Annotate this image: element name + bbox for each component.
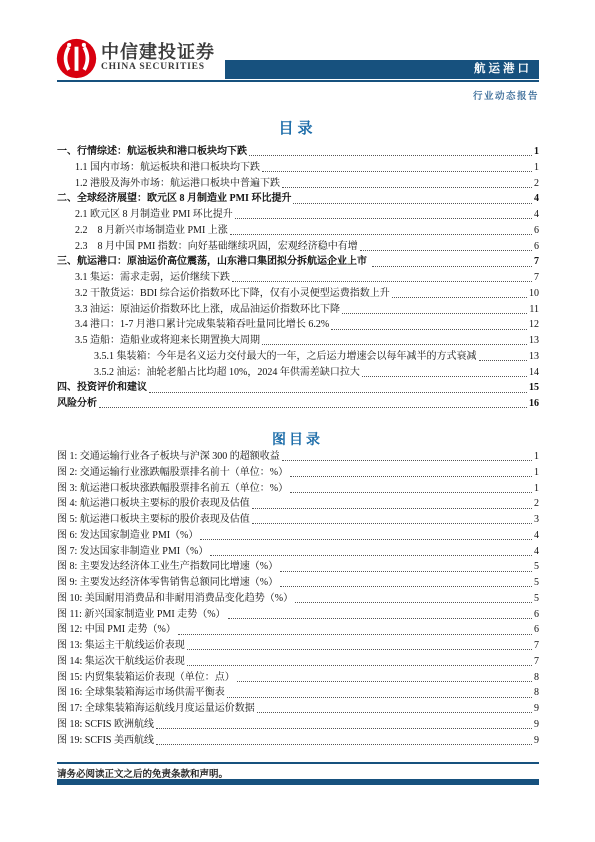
toc-entry: 3.2 干散货运：BDI 综合运价指数环比下降，仅有小灵便型运费指数上升10 xyxy=(57,286,539,302)
leader-dots xyxy=(342,313,527,314)
citic-logo-icon xyxy=(56,38,97,79)
page-number: 16 xyxy=(529,396,539,412)
disclaimer-text: 请务必阅读正文之后的免责条款和声明。 xyxy=(57,766,539,780)
entry-label: 图 10: 美国耐用消费品和非耐用消费品变化趋势（%） xyxy=(57,591,293,607)
entry-label: 图 15: 内贸集装箱运价表现（单位：点） xyxy=(57,670,235,686)
brand-name-cn: 中信建投证券 xyxy=(101,42,215,62)
figure-entry: 图 15: 内贸集装箱运价表现（单位：点）8 xyxy=(57,670,539,686)
entry-label: 1.2 港股及海外市场：航运港口板块中普遍下跌 xyxy=(75,176,280,192)
leader-dots xyxy=(262,171,532,172)
leader-dots xyxy=(280,571,532,572)
page-number: 1 xyxy=(534,144,539,160)
entry-label: 3.5.2 油运：油轮老船占比均超 10%，2024 年供需差缺口拉大 xyxy=(94,365,360,381)
leader-dots xyxy=(237,681,532,682)
entry-label: 图 18: SCFIS 欧洲航线 xyxy=(57,717,154,733)
leader-dots xyxy=(187,665,532,666)
entry-label: 图 14: 集运次干航线运价表现 xyxy=(57,654,185,670)
leader-dots xyxy=(282,187,532,188)
figure-entry: 图 2: 交通运输行业涨跌幅股票排名前十（单位：%）1 xyxy=(57,465,539,481)
page-number: 11 xyxy=(529,302,539,318)
page-number: 7 xyxy=(534,638,539,654)
leader-dots xyxy=(252,508,532,509)
leader-dots xyxy=(331,329,527,330)
leader-dots xyxy=(360,250,532,251)
leader-dots xyxy=(149,392,527,393)
page-number: 5 xyxy=(534,575,539,591)
figure-entry: 图 17: 全球集装箱海运航线月度运量运价数据9 xyxy=(57,701,539,717)
leader-dots xyxy=(187,649,532,650)
entry-label: 图 13: 集运主干航线运价表现 xyxy=(57,638,185,654)
toc-entry: 二、全球经济展望：欧元区 8 月制造业 PMI 环比提升4 xyxy=(57,191,539,207)
footer-accent-bar xyxy=(57,779,539,785)
toc-entry: 3.4 港口：1-7 月港口累计完成集装箱吞吐量同比增长 6.2%12 xyxy=(57,317,539,333)
leader-dots xyxy=(479,360,528,361)
leader-dots xyxy=(290,492,532,493)
figure-entry: 图 16: 全球集装箱海运市场供需平衡表8 xyxy=(57,685,539,701)
page-number: 5 xyxy=(534,591,539,607)
toc-entry: 三、航运港口：原油运价高位震荡，山东港口集团拟分拆航运企业上市 7 xyxy=(57,254,539,270)
figure-entry: 图 10: 美国耐用消费品和非耐用消费品变化趋势（%）5 xyxy=(57,591,539,607)
page-number: 9 xyxy=(534,733,539,749)
leader-dots xyxy=(232,281,532,282)
toc-entry: 3.5.2 油运：油轮老船占比均超 10%，2024 年供需差缺口拉大14 xyxy=(57,365,539,381)
footer-divider xyxy=(57,762,539,764)
leader-dots xyxy=(235,218,532,219)
entry-label: 图 17: 全球集装箱海运航线月度运量运价数据 xyxy=(57,701,255,717)
page-number: 8 xyxy=(534,685,539,701)
leader-dots xyxy=(156,744,532,745)
figure-entry: 图 7: 发达国家非制造业 PMI（%）4 xyxy=(57,544,539,560)
page-number: 7 xyxy=(534,254,539,270)
figure-entry: 图 14: 集运次干航线运价表现7 xyxy=(57,654,539,670)
entry-label: 图 9: 主要发达经济体零售销售总额同比增速（%） xyxy=(57,575,278,591)
leader-dots xyxy=(362,376,527,377)
toc-entry: 3.5.1 集装箱：今年是名义运力交付最大的一年，之后运力增速会以每年减半的方式… xyxy=(57,349,539,365)
figure-entry: 图 8: 主要发达经济体工业生产指数同比增速（%）5 xyxy=(57,559,539,575)
entry-label: 3.2 干散货运：BDI 综合运价指数环比下降，仅有小灵便型运费指数上升 xyxy=(75,286,390,302)
page-number: 13 xyxy=(529,333,539,349)
toc-entry: 3.1 集运：需求走弱，运价继续下跌7 xyxy=(57,270,539,286)
toc-entry: 一、行情综述：航运板块和港口板块均下跌1 xyxy=(57,144,539,160)
page-number: 9 xyxy=(534,717,539,733)
page-number: 14 xyxy=(529,365,539,381)
leader-dots xyxy=(230,234,532,235)
page-number: 12 xyxy=(529,317,539,333)
page-number: 7 xyxy=(534,270,539,286)
entry-label: 图 12: 中国 PMI 走势（%） xyxy=(57,622,176,638)
entry-label: 图 6: 发达国家制造业 PMI（%） xyxy=(57,528,198,544)
toc-entry: 1.1 国内市场：航运板块和港口板块均下跌1 xyxy=(57,160,539,176)
report-page: 中信建投证券 CHINA SECURITIES 航运港口 行业动态报告 目录 一… xyxy=(0,0,595,842)
entry-label: 图 3: 航运港口板块涨跌幅股票排名前五（单位：%） xyxy=(57,481,288,497)
entry-label: 图 16: 全球集装箱海运市场供需平衡表 xyxy=(57,685,225,701)
toc-entry: 1.2 港股及海外市场：航运港口板块中普遍下跌2 xyxy=(57,176,539,192)
entry-label: 2.1 欧元区 8 月制造业 PMI 环比提升 xyxy=(75,207,233,223)
toc-entry: 3.3 油运：原油运价指数环比上涨，成品油运价指数环比下降11 xyxy=(57,302,539,318)
page-number: 4 xyxy=(534,544,539,560)
entry-label: 一、行情综述：航运板块和港口板块均下跌 xyxy=(57,144,247,160)
entry-label: 2.3 8 月中国 PMI 指数：向好基础继续巩固，宏观经济稳中有增 xyxy=(75,239,358,255)
page-number: 6 xyxy=(534,223,539,239)
page-number: 4 xyxy=(534,191,539,207)
leader-dots xyxy=(290,476,532,477)
brand-name-en: CHINA SECURITIES xyxy=(101,62,215,73)
leader-dots xyxy=(249,155,532,156)
entry-label: 3.5 造船：造船业或将迎来长期置换大周期 xyxy=(75,333,260,349)
brand-block: 中信建投证券 CHINA SECURITIES xyxy=(101,42,215,73)
leader-dots xyxy=(200,539,532,540)
leader-dots xyxy=(282,460,532,461)
page-number: 3 xyxy=(534,512,539,528)
leader-dots xyxy=(280,586,532,587)
figure-toc-list: 图 1: 交通运输行业各子板块与沪深 300 的超额收益1图 2: 交通运输行业… xyxy=(57,449,539,748)
page-number: 2 xyxy=(534,496,539,512)
entry-label: 2.2 8 月新兴市场制造业 PMI 上涨 xyxy=(75,223,228,239)
page-number: 2 xyxy=(534,176,539,192)
page-number: 7 xyxy=(534,654,539,670)
page-number: 5 xyxy=(534,559,539,575)
page-number: 6 xyxy=(534,239,539,255)
page-number: 6 xyxy=(534,622,539,638)
entry-label: 3.1 集运：需求走弱，运价继续下跌 xyxy=(75,270,230,286)
entry-label: 图 4: 航运港口板块主要标的股价表现及估值 xyxy=(57,496,250,512)
entry-label: 3.3 油运：原油运价指数环比上涨，成品油运价指数环比下降 xyxy=(75,302,340,318)
entry-label: 3.5.1 集装箱：今年是名义运力交付最大的一年，之后运力增速会以每年减半的方式… xyxy=(94,349,477,365)
header-divider xyxy=(57,80,539,82)
page-number: 8 xyxy=(534,670,539,686)
entry-label: 图 7: 发达国家非制造业 PMI（%） xyxy=(57,544,208,560)
entry-label: 图 2: 交通运输行业涨跌幅股票排名前十（单位：%） xyxy=(57,465,288,481)
entry-label: 1.1 国内市场：航运板块和港口板块均下跌 xyxy=(75,160,260,176)
report-type-label: 行业动态报告 xyxy=(57,88,539,102)
entry-label: 图 1: 交通运输行业各子板块与沪深 300 的超额收益 xyxy=(57,449,280,465)
toc-entry: 四、投资评价和建议15 xyxy=(57,380,539,396)
leader-dots xyxy=(252,523,532,524)
figure-entry: 图 9: 主要发达经济体零售销售总额同比增速（%）5 xyxy=(57,575,539,591)
page-number: 9 xyxy=(534,701,539,717)
entry-label: 四、投资评价和建议 xyxy=(57,380,147,396)
entry-label: 图 11: 新兴国家制造业 PMI 走势（%） xyxy=(57,607,226,623)
toc-entry: 风险分析16 xyxy=(57,396,539,412)
leader-dots xyxy=(372,266,533,267)
leader-dots xyxy=(257,712,532,713)
leader-dots xyxy=(178,634,532,635)
page-number: 6 xyxy=(534,607,539,623)
leader-dots xyxy=(295,602,532,603)
leader-dots xyxy=(210,555,532,556)
page-number: 10 xyxy=(529,286,539,302)
leader-dots xyxy=(293,203,532,204)
page-number: 1 xyxy=(534,449,539,465)
entry-label: 二、全球经济展望：欧元区 8 月制造业 PMI 环比提升 xyxy=(57,191,291,207)
page-number: 15 xyxy=(529,380,539,396)
leader-dots xyxy=(262,344,527,345)
figure-toc-title: 图目录 xyxy=(0,429,595,449)
figure-entry: 图 19: SCFIS 美西航线9 xyxy=(57,733,539,749)
figure-entry: 图 6: 发达国家制造业 PMI（%）4 xyxy=(57,528,539,544)
figure-entry: 图 5: 航运港口板块主要标的股价表现及估值3 xyxy=(57,512,539,528)
leader-dots xyxy=(227,697,532,698)
page-number: 13 xyxy=(529,349,539,365)
toc-entry: 2.3 8 月中国 PMI 指数：向好基础继续巩固，宏观经济稳中有增6 xyxy=(57,239,539,255)
leader-dots xyxy=(99,407,527,408)
toc-entry: 2.1 欧元区 8 月制造业 PMI 环比提升4 xyxy=(57,207,539,223)
entry-label: 图 5: 航运港口板块主要标的股价表现及估值 xyxy=(57,512,250,528)
page-number: 4 xyxy=(534,207,539,223)
leader-dots xyxy=(156,728,532,729)
entry-label: 三、航运港口：原油运价高位震荡，山东港口集团拟分拆航运企业上市 xyxy=(57,254,370,270)
page-number: 1 xyxy=(534,481,539,497)
toc-entry: 3.5 造船：造船业或将迎来长期置换大周期13 xyxy=(57,333,539,349)
figure-entry: 图 13: 集运主干航线运价表现7 xyxy=(57,638,539,654)
page-number: 1 xyxy=(534,160,539,176)
entry-label: 风险分析 xyxy=(57,396,97,412)
figure-entry: 图 18: SCFIS 欧洲航线9 xyxy=(57,717,539,733)
leader-dots xyxy=(228,618,532,619)
figure-entry: 图 12: 中国 PMI 走势（%）6 xyxy=(57,622,539,638)
entry-label: 图 19: SCFIS 美西航线 xyxy=(57,733,154,749)
figure-entry: 图 4: 航运港口板块主要标的股价表现及估值2 xyxy=(57,496,539,512)
sector-badge: 航运港口 xyxy=(225,60,539,79)
toc-list: 一、行情综述：航运板块和港口板块均下跌11.1 国内市场：航运板块和港口板块均下… xyxy=(57,144,539,412)
entry-label: 图 8: 主要发达经济体工业生产指数同比增速（%） xyxy=(57,559,278,575)
page-number: 1 xyxy=(534,465,539,481)
figure-entry: 图 11: 新兴国家制造业 PMI 走势（%）6 xyxy=(57,607,539,623)
figure-entry: 图 1: 交通运输行业各子板块与沪深 300 的超额收益1 xyxy=(57,449,539,465)
toc-title: 目录 xyxy=(0,117,595,138)
figure-entry: 图 3: 航运港口板块涨跌幅股票排名前五（单位：%）1 xyxy=(57,481,539,497)
entry-label: 3.4 港口：1-7 月港口累计完成集装箱吞吐量同比增长 6.2% xyxy=(75,317,329,333)
leader-dots xyxy=(392,297,527,298)
page-number: 4 xyxy=(534,528,539,544)
toc-entry: 2.2 8 月新兴市场制造业 PMI 上涨6 xyxy=(57,223,539,239)
